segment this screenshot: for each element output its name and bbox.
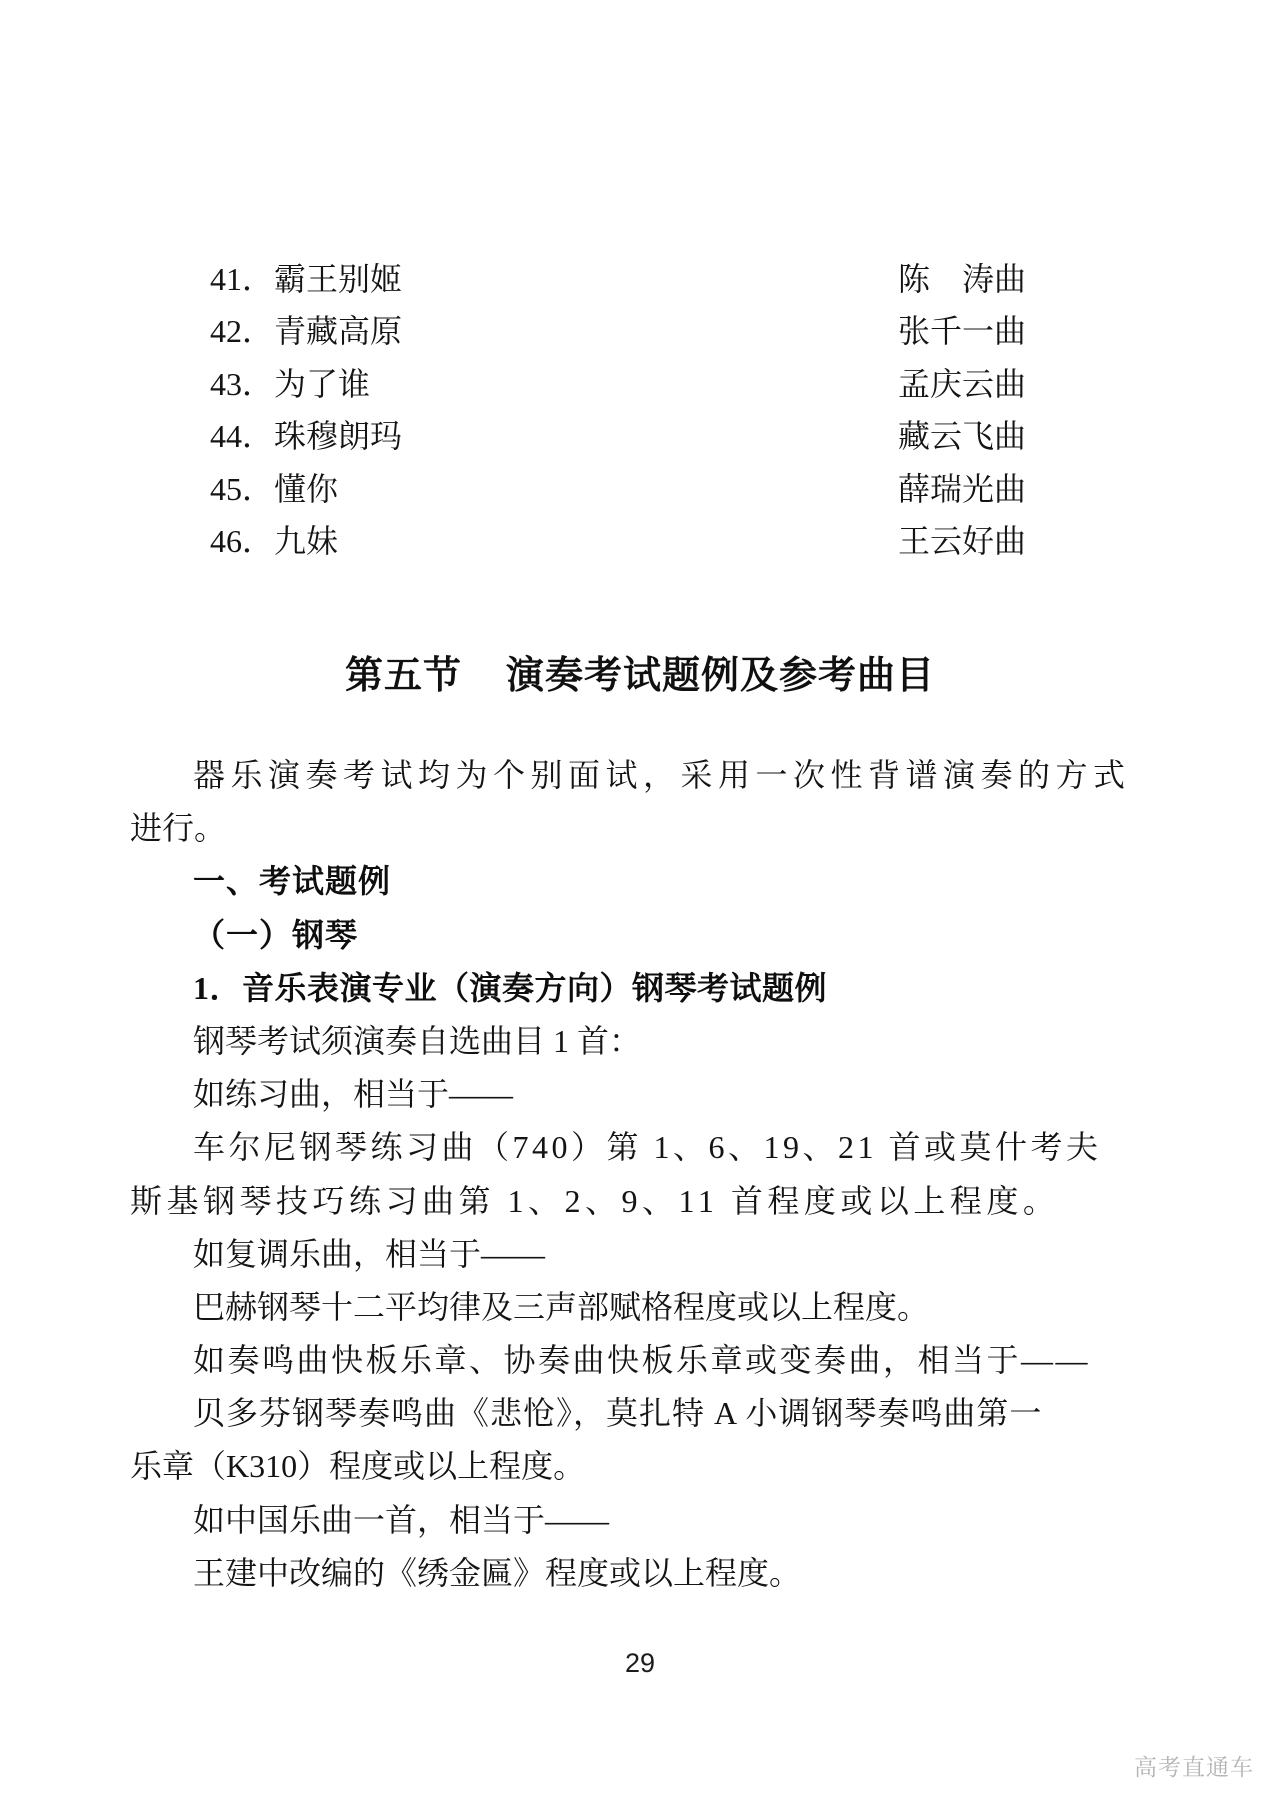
song-list-item: 41．霸王别姬陈 涛曲 [210, 253, 1026, 305]
body-heading-line: 一、考试题例 [130, 855, 1108, 908]
song-number: 42． [210, 313, 274, 349]
song-composer: 陈 涛曲 [898, 253, 1026, 305]
body-text-line: 器乐演奏考试均为个别面试，采用一次性背谱演奏的方式 [130, 749, 1108, 802]
document-page: 41．霸王别姬陈 涛曲42．青藏高原张千一曲43．为了谁孟庆云曲44．珠穆朗玛藏… [0, 0, 1280, 1810]
song-number-and-title: 42．青藏高原 [210, 305, 402, 357]
section-number: 第五节 [345, 655, 462, 697]
body-text-line: 进行。 [130, 802, 1108, 855]
song-composer: 薛瑞光曲 [898, 463, 1026, 515]
body-text-line: 车尔尼钢琴练习曲（740）第 1、6、19、21 首或莫什考夫 [130, 1121, 1108, 1174]
song-number: 45． [210, 471, 274, 507]
song-number: 44． [210, 418, 274, 454]
song-list-item: 46．九妹王云好曲 [210, 515, 1026, 567]
section-name: 演奏考试题例及参考曲目 [506, 655, 935, 697]
song-list-item: 42．青藏高原张千一曲 [210, 305, 1026, 357]
song-number-and-title: 41．霸王别姬 [210, 253, 402, 305]
song-number-and-title: 45．懂你 [210, 463, 338, 515]
song-list-item: 43．为了谁孟庆云曲 [210, 358, 1026, 410]
body-text-line: 如奏鸣曲快板乐章、协奏曲快板乐章或变奏曲，相当于—— [130, 1334, 1108, 1387]
song-number-and-title: 43．为了谁 [210, 358, 370, 410]
page-number: 29 [0, 1646, 1280, 1680]
body-text-line: 斯基钢琴技巧练习曲第 1、2、9、11 首程度或以上程度。 [130, 1175, 1108, 1228]
body-text-line: 王建中改编的《绣金匾》程度或以上程度。 [130, 1547, 1108, 1600]
song-number-and-title: 44．珠穆朗玛 [210, 410, 402, 462]
song-title: 珠穆朗玛 [274, 418, 402, 454]
song-list-item: 44．珠穆朗玛藏云飞曲 [210, 410, 1026, 462]
body-text-line: 如中国乐曲一首，相当于—— [130, 1494, 1108, 1547]
song-composer: 王云好曲 [898, 515, 1026, 567]
song-composer: 藏云飞曲 [898, 410, 1026, 462]
song-title: 九妹 [274, 523, 338, 559]
song-composer: 张千一曲 [898, 305, 1026, 357]
song-number: 46． [210, 523, 274, 559]
body-text: 器乐演奏考试均为个别面试，采用一次性背谱演奏的方式进行。一、考试题例（一）钢琴1… [130, 749, 1108, 1600]
watermark-text: 高考直通车 [1134, 1752, 1254, 1784]
song-title: 懂你 [274, 471, 338, 507]
body-text-line: 钢琴考试须演奏自选曲目 1 首： [130, 1015, 1108, 1068]
song-number-and-title: 46．九妹 [210, 515, 338, 567]
body-text-line: 贝多芬钢琴奏鸣曲《悲怆》，莫扎特 A 小调钢琴奏鸣曲第一 [130, 1387, 1108, 1440]
song-composer: 孟庆云曲 [898, 358, 1026, 410]
body-text-line: 如练习曲，相当于—— [130, 1068, 1108, 1121]
song-title: 青藏高原 [274, 313, 402, 349]
body-heading-line: （一）钢琴 [130, 909, 1108, 962]
body-text-line: 乐章（K310）程度或以上程度。 [130, 1440, 1108, 1493]
song-title: 为了谁 [274, 366, 370, 402]
section-title: 第五节演奏考试题例及参考曲目 [0, 648, 1280, 704]
body-heading-line: 1．音乐表演专业（演奏方向）钢琴考试题例 [130, 962, 1108, 1015]
song-list: 41．霸王别姬陈 涛曲42．青藏高原张千一曲43．为了谁孟庆云曲44．珠穆朗玛藏… [210, 253, 1026, 567]
body-text-line: 巴赫钢琴十二平均律及三声部赋格程度或以上程度。 [130, 1281, 1108, 1334]
song-title: 霸王别姬 [274, 261, 402, 297]
body-text-line: 如复调乐曲，相当于—— [130, 1228, 1108, 1281]
song-number: 41． [210, 261, 274, 297]
song-number: 43． [210, 366, 274, 402]
song-list-item: 45．懂你薛瑞光曲 [210, 463, 1026, 515]
